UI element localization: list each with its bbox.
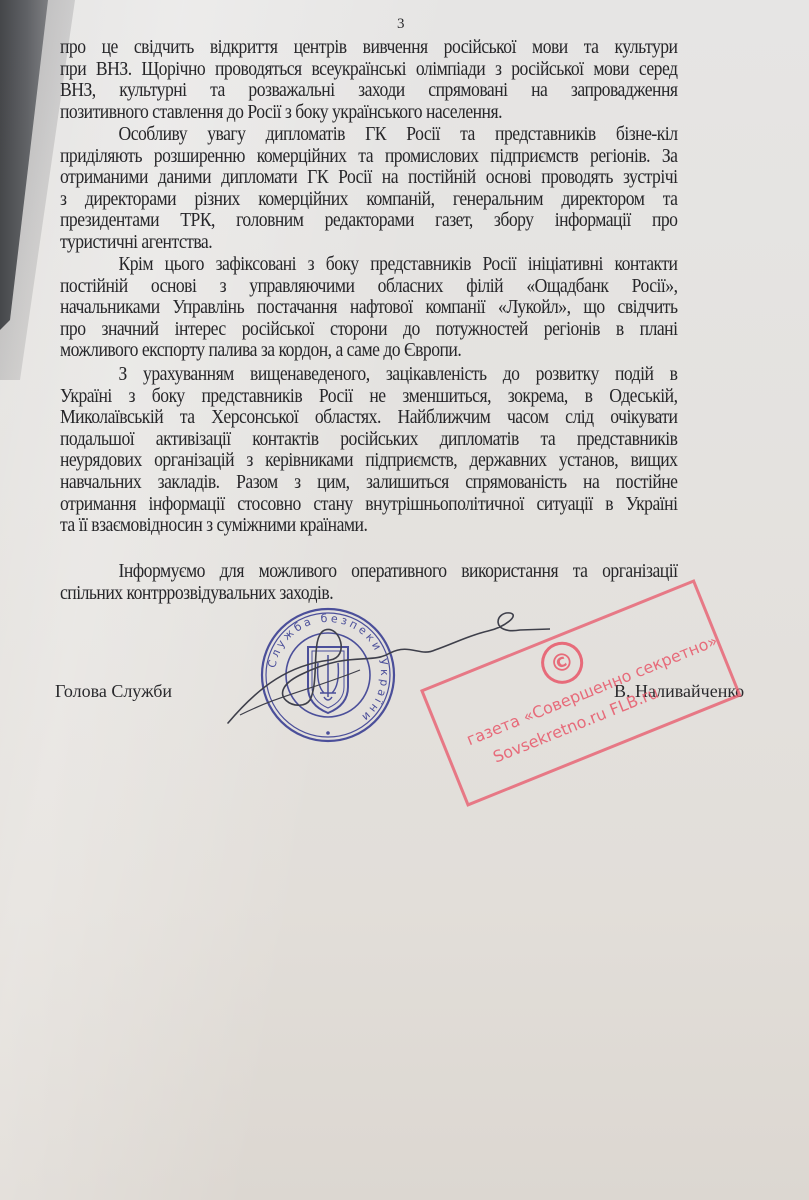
- text-line: Особливу увагу дипломатів ГК Росії та пр…: [60, 124, 677, 146]
- text-line: при ВНЗ. Щорічно проводяться всеукраїнсь…: [60, 59, 677, 81]
- text-line: ВНЗ, культурні та розважальні заходи спр…: [60, 80, 677, 102]
- paragraph-1: про це свідчить відкриття центрів вивчен…: [60, 37, 677, 123]
- text-line: Крім цього зафіксовані з боку представни…: [60, 254, 677, 276]
- text-line: Україні з боку представників Росії не зм…: [60, 386, 677, 408]
- text-line: про значний інтерес російської сторони д…: [60, 319, 677, 341]
- text-line: отриманими даними дипломати ГК Росії на …: [60, 167, 677, 189]
- text-line: начальниками Управлінь постачання нафтов…: [60, 297, 677, 319]
- text-line: подальшої активізації контактів російськ…: [60, 429, 677, 451]
- copyright-icon: ©: [535, 635, 590, 690]
- text-line: приділяють розширенню комерційних та про…: [60, 146, 677, 168]
- signoff-title: Голова Служби: [55, 681, 172, 702]
- paragraph-3: Крім цього зафіксовані з боку представни…: [60, 254, 677, 362]
- text-line: постійній основі з управляючими обласних…: [60, 276, 677, 298]
- text-line: спільних контррозвідувальних заходів.: [60, 583, 677, 605]
- paragraph-5: Інформуємо для можливого оперативного ви…: [60, 561, 677, 604]
- text-line: можливого експорту палива за кордон, а с…: [60, 340, 677, 362]
- text-line: президентами ТРК, головним редакторами г…: [60, 210, 677, 232]
- text-line: позитивного ставлення до Росії з боку ук…: [60, 102, 677, 124]
- page-number: 3: [397, 16, 405, 33]
- text-line: Миколаївській та Херсонської областях. Н…: [60, 407, 677, 429]
- text-line: та її взаємовідносин з суміжними країнам…: [60, 515, 677, 537]
- paragraph-4: З урахуванням вищенаведеного, зацікавлен…: [60, 364, 677, 537]
- text-line: з директорами різних комерційних компані…: [60, 189, 677, 211]
- paragraph-2: Особливу увагу дипломатів ГК Росії та пр…: [60, 124, 677, 254]
- text-line: З урахуванням вищенаведеного, зацікавлен…: [60, 364, 677, 386]
- text-line: туристичні агентства.: [60, 232, 677, 254]
- text-line: Інформуємо для можливого оперативного ви…: [60, 561, 677, 583]
- text-line: про це свідчить відкриття центрів вивчен…: [60, 37, 677, 59]
- text-line: отримання інформації стосовно стану внут…: [60, 494, 677, 516]
- text-line: неурядових організацій з керівниками під…: [60, 450, 677, 472]
- text-line: навчальних закладів. Разом з цим, залиши…: [60, 472, 677, 494]
